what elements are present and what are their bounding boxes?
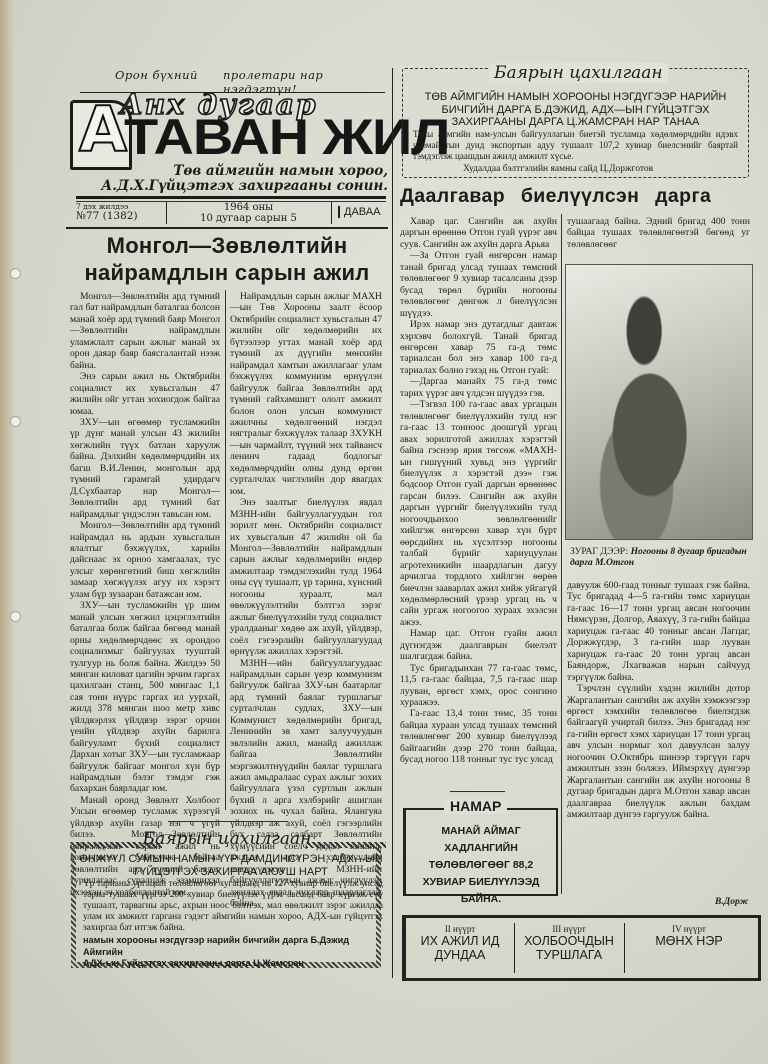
greeting-signature: Худалдаа бэлтгэлийн яамны сайд Ц.Доржгот… xyxy=(463,164,653,174)
slogan-left: Орон бүхний xyxy=(115,68,198,82)
teaser-page-2[interactable]: II нүүрт ИХ АЖИЛ ИД ДУНДАА xyxy=(406,918,514,978)
leader-column-2-top: тушаагаад байна. Эдний бригад 400 тонн б… xyxy=(567,216,750,250)
autumn-title: НАМАР xyxy=(444,798,507,814)
masthead-rule xyxy=(76,196,386,199)
autumn-text: МАНАЙ АЙМАГ ХАДЛАНГИЙН ТӨЛӨВЛӨГӨӨГ 88,2 … xyxy=(410,823,552,908)
teaser-divider xyxy=(624,923,625,973)
ornament-divider xyxy=(450,791,505,792)
issue-date: 1964 оны 10 дугаар сарын 5 xyxy=(166,202,332,224)
inside-pages-teaser: II нүүрт ИХ АЖИЛ ИД ДУНДАА III нүүрт ХОЛ… xyxy=(402,915,761,981)
weekday: ДАВАА xyxy=(338,206,380,218)
author-signature: В.Дорж xyxy=(715,897,749,907)
column-divider xyxy=(561,214,562,894)
greeting-signature: намын хорооны нэгдүгээр нарийн бичгийн д… xyxy=(83,935,383,970)
ornament-divider xyxy=(168,821,288,822)
teaser-page-4[interactable]: IV нүүрт МӨНХ НЭР xyxy=(626,918,752,978)
photo-caption: ЗУРАГ ДЭЭР: Ногооны 8 дугаар бригадын да… xyxy=(570,546,750,568)
greeting-title: Баярын цахилгаан xyxy=(489,63,668,83)
issue-info-bar: 7 дэх жилдээ №77 (1382) 1964 оны 10 дуга… xyxy=(76,202,386,224)
page-divider xyxy=(392,68,393,978)
article-column-2: Найрамдлын сарын ажлыг МАХН—ын Төв Хороо… xyxy=(230,291,382,909)
greeting-heading: ТӨВ АЙМГИЙН НАМЫН ХОРООНЫ НЭГДҮГЭЭР НАРИ… xyxy=(409,91,742,129)
greeting-telegram-top: Баярын цахилгаан ТӨВ АЙМГИЙН НАМЫН ХОРОО… xyxy=(402,68,749,178)
greeting-telegram-bottom: ӨНЖҮҮЛ СУМЫН НАМЫН ҮҮР ДАМДИНСҮРЭН, АДХ—… xyxy=(66,846,386,974)
article-headline-leader: Даалгавар биелүүлсэн дарга xyxy=(400,185,711,208)
teaser-divider xyxy=(514,923,515,973)
masthead-subtitle: Төв аймгийн намын хороо, А.Д.Х.Гүйцэтгэх… xyxy=(88,164,388,194)
issue-number: №77 (1382) xyxy=(76,211,166,222)
article-column-1: Монгол—Зөвлөлтийн ард түмний гал бат най… xyxy=(70,291,220,898)
leader-column-2-bottom: давуулж 600-гаад тонныг тушаах гэж байна… xyxy=(567,580,750,821)
punch-hole xyxy=(10,416,21,427)
section-rule xyxy=(66,227,388,229)
portrait-photo xyxy=(565,264,753,540)
article-headline-friendship: Монгол—Зөвлөлтийн найрамдлын сарын ажил xyxy=(66,232,388,286)
column-divider xyxy=(225,290,226,810)
greeting-heading: ӨНЖҮҮЛ СУМЫН НАМЫН ҮҮР ДАМДИНСҮРЭН, АДХ—… xyxy=(76,853,386,878)
newspaper-page: Орон бүхний пролетари нар нэгдэгтүн! А А… xyxy=(0,0,768,1064)
leader-column-1: Хавар цаг. Сангийн аж ахуйн даргын өрөөн… xyxy=(400,216,557,766)
issue-number-block: 7 дэх жилдээ №77 (1382) xyxy=(76,202,167,224)
greeting-body: Таны аймгийн нам-улсын байгууллагын биет… xyxy=(413,129,738,162)
autumn-notice-box: НАМАР МАНАЙ АЙМАГ ХАДЛАНГИЙН ТӨЛӨВЛӨГӨӨГ… xyxy=(403,808,558,896)
greeting-body: Үр тарианы ургацын төлөвлөгөөг хугацаанд… xyxy=(83,879,383,934)
teaser-page-3[interactable]: III нүүрт ХОЛБООЧДЫН ТУРШЛАГА xyxy=(516,918,622,978)
punch-hole xyxy=(10,611,21,622)
newspaper-title: ТАВАН ЖИЛ xyxy=(124,112,449,162)
punch-hole xyxy=(10,268,21,279)
masthead-slogan: Орон бүхний пролетари нар нэгдэгтүн! xyxy=(115,68,385,82)
